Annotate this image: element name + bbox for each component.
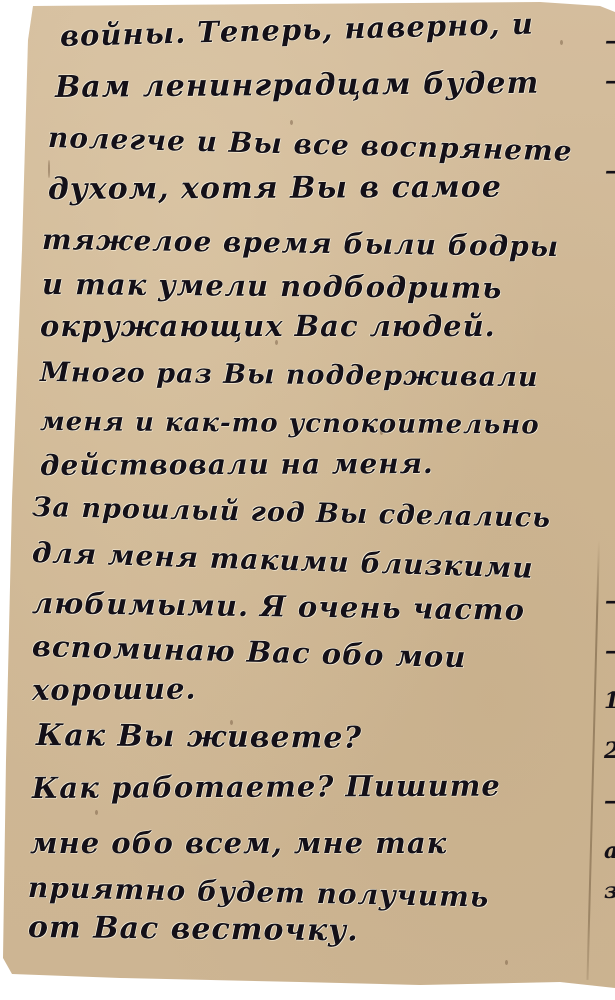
- edge-text-fragment: з: [604, 880, 615, 902]
- letter-line-5: тяжелое время были бодры: [42, 222, 560, 265]
- letter-line-4: духом, хотя Вы в самое: [48, 170, 502, 208]
- edge-text-fragment: 2: [604, 740, 615, 762]
- letter-line-13: любимыми. Я очень часто: [32, 585, 525, 628]
- edge-text-fragment: —: [605, 160, 615, 182]
- edge-text-fragment: —: [605, 30, 615, 52]
- letter-line-6: и так умели подбодрить: [42, 266, 503, 306]
- letter-line-15: хорошие.: [32, 671, 197, 708]
- edge-text-fragment: —: [605, 70, 615, 92]
- edge-text-fragment: —: [605, 590, 615, 612]
- letter-line-17: Как работаете? Пишите: [32, 768, 501, 806]
- letter-line-19: приятно будет получить: [28, 870, 490, 916]
- letter-line-20: от Вас весточку.: [28, 910, 359, 949]
- letter-line-11: За прошлый год Вы сделались: [32, 490, 552, 537]
- letter-body: войны. Теперь, наверно, и Вам ленинградц…: [0, 0, 615, 1000]
- edge-text-fragment: а: [604, 840, 615, 862]
- letter-line-2: Вам ленинградцам будет: [55, 66, 540, 106]
- letter-line-12: для меня такими близкими: [31, 535, 534, 587]
- letter-line-8: Много раз Вы поддерживали: [40, 355, 539, 396]
- letter-line-16: Как Вы живете?: [36, 718, 362, 757]
- letter-line-9: меня и как-то успокоительно: [40, 404, 540, 443]
- letter-line-3: полегче и Вы все воспрянете: [48, 120, 573, 170]
- edge-text-fragment: —: [604, 790, 615, 812]
- letter-line-10: действовали на меня.: [40, 446, 434, 484]
- letter-line-1: войны. Теперь, наверно, и: [60, 6, 535, 54]
- edge-text-fragment: 1: [604, 690, 615, 712]
- letter-line-7: окружающих Вас людей.: [40, 308, 496, 344]
- letter-line-14: вспоминаю Вас обо мои: [32, 628, 467, 675]
- letter-line-18: мне обо всем, мне так: [30, 825, 447, 861]
- edge-text-fragment: —: [605, 640, 615, 662]
